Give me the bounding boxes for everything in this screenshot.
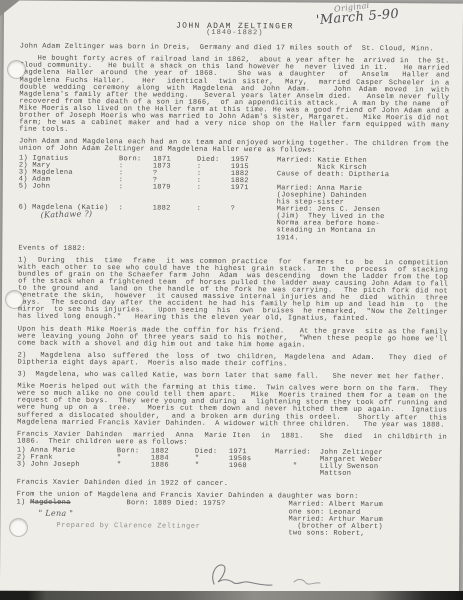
- paragraph-dahinden-death: Francis Xavier Dahinden died in 1922 of …: [17, 480, 447, 490]
- handwritten-name-question: (Kathawe ?): [40, 210, 92, 219]
- hole-punch-middle: [6, 291, 23, 308]
- died-label: ": [195, 463, 229, 470]
- born-year: 1886: [151, 463, 195, 470]
- born-label: :: [119, 205, 153, 212]
- died-label: :: [197, 206, 231, 213]
- dahinden-children-table: 1) Anna Marie Born: 1882 Died: 1971 Marr…: [17, 447, 447, 478]
- paragraph-birth: John Adam Zeltinger was born in Dreis, G…: [20, 44, 450, 54]
- died-year: 1971: [231, 185, 277, 192]
- married-info: Married: Jens C. Jensen (Jim) They lived…: [276, 206, 448, 243]
- paragraph-dahinden-marriage: Francis Xavier Dahinden married Anna Mar…: [17, 431, 447, 448]
- hole-punch-bottom: [10, 519, 27, 536]
- married-info: Married: Anna Marie (Josephine) Dahinden…: [277, 185, 449, 207]
- daughter-number: 1): [17, 499, 31, 507]
- event-1: 1) During this time frame it was common …: [18, 257, 448, 324]
- died-year: ?: [231, 206, 277, 213]
- born-year: 1879: [153, 184, 197, 191]
- daughter-marriages: Married: Albert Marum one son: Leonard M…: [288, 502, 383, 538]
- child-name: 5) John: [19, 183, 119, 191]
- scan-edge-bottom: [0, 591, 463, 600]
- died-year: 1968: [229, 463, 275, 470]
- handwritten-lena: " Lena ": [38, 509, 446, 519]
- paragraph-moeris: Mike Moeris helped out with the farming …: [17, 384, 447, 430]
- table-row: 6) Magdelena (Katie) (Kathawe ?) : 1882 …: [18, 205, 448, 243]
- died-label: :: [197, 185, 231, 192]
- born-label: :: [119, 184, 153, 191]
- daughter-row: 1) Magdelena Born: 1889 Died: 1975? " Le…: [16, 500, 446, 543]
- child-name: 3) John Joseph: [17, 462, 117, 470]
- event-2: 2) Magdelena also suffered the loss of t…: [18, 352, 448, 369]
- document-page: Original 'March 5-90 JOHN ADAM ZELTINGER…: [0, 0, 463, 593]
- handwritten-date: 'March 5-90: [316, 11, 399, 25]
- table-row: 3) John Joseph " 1886 " 1968 " Lilly Swe…: [17, 462, 447, 479]
- event-1-continued: Upon his death Mike Moeris made the coff…: [18, 326, 448, 350]
- paragraph-land: He bought forty acres of railroad land i…: [19, 56, 450, 137]
- married-info: " Lilly Swenson Mattson: [275, 463, 447, 478]
- prepared-by: Prepared by Clarence Zeltinger: [56, 522, 446, 532]
- daughter-born-died: Born: 1889 Died: 1975?: [127, 501, 226, 509]
- children-table: 1) Ignatius Born: 1871 Died: 1957 Marrie…: [18, 155, 449, 243]
- scanned-document: Original 'March 5-90 JOHN ADAM ZELTINGER…: [0, 0, 463, 600]
- married-info: [277, 178, 449, 179]
- hole-punch-top: [8, 61, 25, 78]
- born-label: ": [117, 462, 151, 469]
- daughter-name-struck: Magdelena: [30, 499, 71, 507]
- born-year: 1882: [153, 206, 197, 213]
- event-3: 3) Magdelena, who was called Katie, was …: [17, 372, 447, 382]
- events-heading: Events of 1882:: [18, 245, 448, 255]
- paragraph-oxteam: John Adam and Magdelena each had an ox t…: [19, 139, 449, 156]
